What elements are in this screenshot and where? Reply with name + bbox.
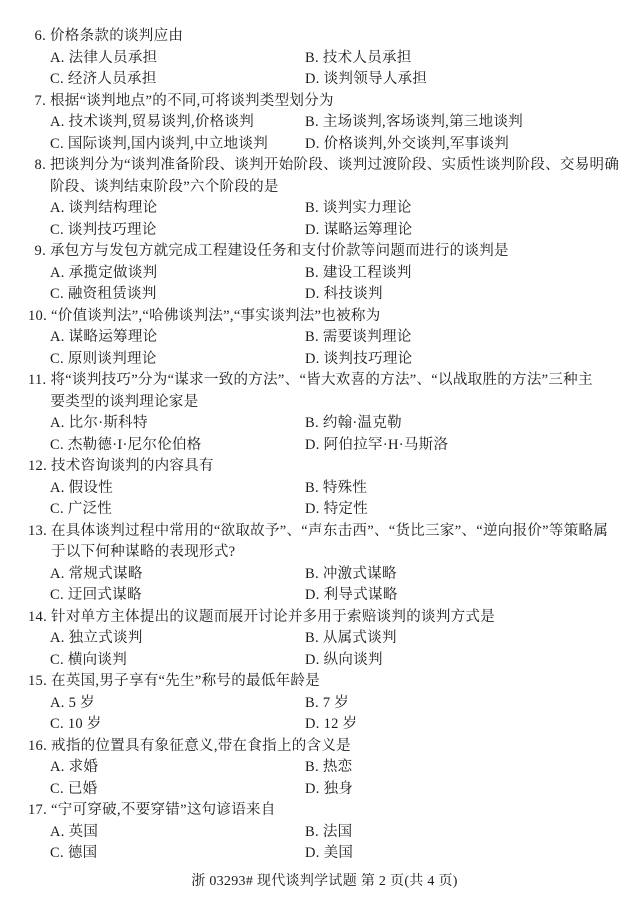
question-text-line: 于以下何种谋略的表现形式?: [51, 542, 621, 564]
question-stem: 11.将“谈判技巧”分为“谋求一致的方法”、“皆大欢喜的方法”、“以战取胜的方法…: [28, 370, 621, 413]
option-c: C. 国际谈判,国内谈判,中立地谈判: [50, 134, 305, 156]
exam-page: 6.价格条款的谈判应由A. 法律人员承担B. 技术人员承担C. 经济人员承担D.…: [0, 0, 643, 920]
question-text-line: 技术咨询谈判的内容具有: [51, 456, 621, 478]
question: 17.“宁可穿破,不要穿错”这句谚语来自A. 英国B. 法国C. 德国D. 美国: [28, 800, 621, 865]
question-stem: 8.把谈判分为“谈判准备阶段、谈判开始阶段、谈判过渡阶段、实质性谈判阶段、交易明…: [28, 155, 621, 198]
option-d: D. 纵向谈判: [305, 650, 621, 672]
question-text-line: 把谈判分为“谈判准备阶段、谈判开始阶段、谈判过渡阶段、实质性谈判阶段、交易明确: [50, 155, 621, 177]
question-text-line: 在英国,男子享有“先生”称号的最低年龄是: [51, 671, 621, 693]
option-c: C. 谈判技巧理论: [50, 220, 305, 242]
question-stem: 14.针对单方主体提出的议题而展开讨论并多用于索赔谈判的谈判方式是: [28, 607, 621, 629]
question-stem: 17.“宁可穿破,不要穿错”这句谚语来自: [28, 800, 621, 822]
option-group: A. 法律人员承担B. 技术人员承担C. 经济人员承担D. 谈判领导人承担: [50, 48, 621, 91]
option-c: C. 德国: [50, 843, 305, 865]
option-group: A. 求婚B. 热恋C. 已婚D. 独身: [50, 757, 621, 800]
question-number: 17.: [28, 800, 47, 822]
option-a: A. 谈判结构理论: [50, 198, 305, 220]
option-d: D. 科技谈判: [305, 284, 621, 306]
option-a: A. 独立式谈判: [50, 628, 305, 650]
question-number: 8.: [28, 155, 46, 177]
question-number: 13.: [28, 521, 47, 543]
option-b: B. 特殊性: [305, 478, 621, 500]
question: 15.在英国,男子享有“先生”称号的最低年龄是A. 5 岁B. 7 岁C. 10…: [28, 671, 621, 736]
question-number: 15.: [28, 671, 47, 693]
question-number: 6.: [28, 26, 46, 48]
question-number: 7.: [28, 91, 46, 113]
question-text-line: 针对单方主体提出的议题而展开讨论并多用于索赔谈判的谈判方式是: [51, 607, 621, 629]
question-stem: 16.戒指的位置具有象征意义,带在食指上的含义是: [28, 736, 621, 758]
option-d: D. 利导式谋略: [305, 585, 621, 607]
question-stem: 10.“价值谈判法”,“哈佛谈判法”,“事实谈判法”也被称为: [28, 306, 621, 328]
option-d: D. 谋略运筹理论: [305, 220, 621, 242]
question: 16.戒指的位置具有象征意义,带在食指上的含义是A. 求婚B. 热恋C. 已婚D…: [28, 736, 621, 801]
option-a: A. 承揽定做谈判: [50, 263, 305, 285]
option-c: C. 经济人员承担: [50, 69, 305, 91]
option-c: C. 广泛性: [50, 499, 305, 521]
question-number: 12.: [28, 456, 47, 478]
option-group: A. 常规式谋略B. 冲激式谋略C. 迂回式谋略D. 利导式谋略: [50, 564, 621, 607]
option-b: B. 从属式谈判: [305, 628, 621, 650]
option-a: A. 谋略运筹理论: [50, 327, 305, 349]
option-group: A. 假设性B. 特殊性C. 广泛性D. 特定性: [50, 478, 621, 521]
question-text-line: 戒指的位置具有象征意义,带在食指上的含义是: [51, 736, 621, 758]
option-group: A. 技术谈判,贸易谈判,价格谈判B. 主场谈判,客场谈判,第三地谈判C. 国际…: [50, 112, 621, 155]
option-group: A. 比尔·斯科特B. 约翰·温克勒C. 杰勒德·I·尼尔伦伯格D. 阿伯拉罕·…: [50, 413, 621, 456]
question-text-line: 根据“谈判地点”的不同,可将谈判类型划分为: [50, 91, 621, 113]
question-stem: 15.在英国,男子享有“先生”称号的最低年龄是: [28, 671, 621, 693]
option-a: A. 假设性: [50, 478, 305, 500]
page-footer: 浙 03293# 现代谈判学试题 第 2 页(共 4 页): [28, 871, 621, 893]
option-c: C. 已婚: [50, 779, 305, 801]
question-stem: 12.技术咨询谈判的内容具有: [28, 456, 621, 478]
question-number: 14.: [28, 607, 47, 629]
question-text-line: 承包方与发包方就完成工程建设任务和支付价款等问题而进行的谈判是: [50, 241, 621, 263]
question: 12.技术咨询谈判的内容具有A. 假设性B. 特殊性C. 广泛性D. 特定性: [28, 456, 621, 521]
option-b: B. 冲激式谋略: [305, 564, 621, 586]
question-text-line: 将“谈判技巧”分为“谋求一致的方法”、“皆大欢喜的方法”、“以战取胜的方法”三种…: [51, 370, 622, 392]
option-b: B. 技术人员承担: [305, 48, 621, 70]
option-group: A. 5 岁B. 7 岁C. 10 岁D. 12 岁: [50, 693, 621, 736]
question-number: 9.: [28, 241, 46, 263]
option-b: B. 需要谈判理论: [305, 327, 621, 349]
question: 9.承包方与发包方就完成工程建设任务和支付价款等问题而进行的谈判是A. 承揽定做…: [28, 241, 621, 306]
option-c: C. 迂回式谋略: [50, 585, 305, 607]
question-stem: 7.根据“谈判地点”的不同,可将谈判类型划分为: [28, 91, 621, 113]
option-c: C. 10 岁: [50, 714, 305, 736]
question-text-line: 在具体谈判过程中常用的“欲取故予”、“声东击西”、“货比三家”、“逆向报价”等策…: [51, 521, 621, 543]
option-b: B. 主场谈判,客场谈判,第三地谈判: [305, 112, 621, 134]
question-number: 11.: [28, 370, 47, 392]
option-d: D. 价格谈判,外交谈判,军事谈判: [305, 134, 621, 156]
option-a: A. 比尔·斯科特: [50, 413, 305, 435]
option-b: B. 约翰·温克勒: [305, 413, 621, 435]
question: 14.针对单方主体提出的议题而展开讨论并多用于索赔谈判的谈判方式是A. 独立式谈…: [28, 607, 621, 672]
question: 13.在具体谈判过程中常用的“欲取故予”、“声东击西”、“货比三家”、“逆向报价…: [28, 521, 621, 607]
option-a: A. 常规式谋略: [50, 564, 305, 586]
option-group: A. 独立式谈判B. 从属式谈判C. 横向谈判D. 纵向谈判: [50, 628, 621, 671]
question-number: 10.: [28, 306, 47, 328]
option-d: D. 谈判领导人承担: [305, 69, 621, 91]
option-d: D. 美国: [305, 843, 621, 865]
question-text-line: 要类型的谈判理论家是: [51, 392, 622, 414]
option-b: B. 法国: [305, 822, 621, 844]
question-number: 16.: [28, 736, 47, 758]
option-d: D. 阿伯拉罕·H·马斯洛: [305, 435, 621, 457]
option-a: A. 技术谈判,贸易谈判,价格谈判: [50, 112, 305, 134]
option-d: D. 谈判技巧理论: [305, 349, 621, 371]
option-c: C. 融资租赁谈判: [50, 284, 305, 306]
option-group: A. 谈判结构理论B. 谈判实力理论C. 谈判技巧理论D. 谋略运筹理论: [50, 198, 621, 241]
question-stem: 9.承包方与发包方就完成工程建设任务和支付价款等问题而进行的谈判是: [28, 241, 621, 263]
question-text-line: 阶段、谈判结束阶段”六个阶段的是: [50, 177, 621, 199]
question-text-line: “价值谈判法”,“哈佛谈判法”,“事实谈判法”也被称为: [51, 306, 621, 328]
option-d: D. 特定性: [305, 499, 621, 521]
option-b: B. 7 岁: [305, 693, 621, 715]
option-c: C. 原则谈判理论: [50, 349, 305, 371]
question: 6.价格条款的谈判应由A. 法律人员承担B. 技术人员承担C. 经济人员承担D.…: [28, 26, 621, 91]
option-group: A. 谋略运筹理论B. 需要谈判理论C. 原则谈判理论D. 谈判技巧理论: [50, 327, 621, 370]
question: 8.把谈判分为“谈判准备阶段、谈判开始阶段、谈判过渡阶段、实质性谈判阶段、交易明…: [28, 155, 621, 241]
option-b: B. 建设工程谈判: [305, 263, 621, 285]
question-text-line: “宁可穿破,不要穿错”这句谚语来自: [51, 800, 621, 822]
option-d: D. 12 岁: [305, 714, 621, 736]
option-d: D. 独身: [305, 779, 621, 801]
option-group: A. 英国B. 法国C. 德国D. 美国: [50, 822, 621, 865]
option-a: A. 5 岁: [50, 693, 305, 715]
option-c: C. 横向谈判: [50, 650, 305, 672]
question-stem: 6.价格条款的谈判应由: [28, 26, 621, 48]
option-a: A. 求婚: [50, 757, 305, 779]
question-list: 6.价格条款的谈判应由A. 法律人员承担B. 技术人员承担C. 经济人员承担D.…: [28, 26, 621, 865]
option-a: A. 英国: [50, 822, 305, 844]
question: 10.“价值谈判法”,“哈佛谈判法”,“事实谈判法”也被称为A. 谋略运筹理论B…: [28, 306, 621, 371]
question: 7.根据“谈判地点”的不同,可将谈判类型划分为A. 技术谈判,贸易谈判,价格谈判…: [28, 91, 621, 156]
option-a: A. 法律人员承担: [50, 48, 305, 70]
question: 11.将“谈判技巧”分为“谋求一致的方法”、“皆大欢喜的方法”、“以战取胜的方法…: [28, 370, 621, 456]
option-b: B. 热恋: [305, 757, 621, 779]
question-stem: 13.在具体谈判过程中常用的“欲取故予”、“声东击西”、“货比三家”、“逆向报价…: [28, 521, 621, 564]
option-group: A. 承揽定做谈判B. 建设工程谈判C. 融资租赁谈判D. 科技谈判: [50, 263, 621, 306]
question-text-line: 价格条款的谈判应由: [50, 26, 621, 48]
option-c: C. 杰勒德·I·尼尔伦伯格: [50, 435, 305, 457]
option-b: B. 谈判实力理论: [305, 198, 621, 220]
